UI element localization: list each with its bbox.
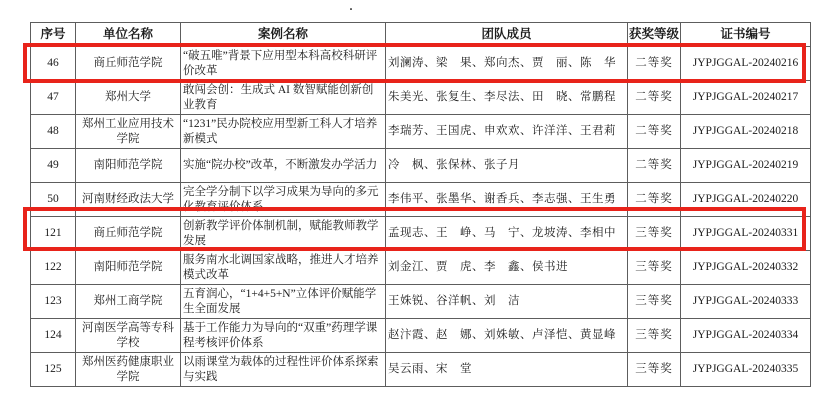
cell-serial-number: 50	[31, 183, 76, 217]
table-row: 49南阳师范学院实施“院办校”改革，不断激发办学活力冷 枫、张保林、张子月二等奖…	[31, 149, 811, 183]
cell-unit-name: 商丘师范学院	[76, 217, 181, 251]
table-row: 125郑州医药健康职业学院以雨课堂为载体的过程性评价体系探索与实践吴云雨、宋 堂…	[31, 353, 811, 387]
cell-case-name: “破五唯”背景下应用型本科高校科研评价改革	[181, 47, 386, 81]
table-row: 46商丘师范学院“破五唯”背景下应用型本科高校科研评价改革刘澜涛、梁 果、郑向杰…	[31, 47, 811, 81]
column-header-3: 团队成员	[386, 23, 628, 47]
cell-team-members: 吴云雨、宋 堂	[386, 353, 628, 387]
cell-serial-number: 48	[31, 115, 76, 149]
column-header-0: 序号	[31, 23, 76, 47]
column-header-4: 获奖等级	[628, 23, 681, 47]
table-row: 122南阳师范学院服务南水北调国家战略，推进人才培养模式改革刘金江、贾 虎、李 …	[31, 251, 811, 285]
cell-team-members: 王姝锐、谷洋帆、刘 洁	[386, 285, 628, 319]
cell-award-level: 三等奖	[628, 319, 681, 353]
cell-serial-number: 49	[31, 149, 76, 183]
cell-unit-name: 郑州工业应用技术学院	[76, 115, 181, 149]
cell-serial-number: 124	[31, 319, 76, 353]
scanned-award-table-page: · 序号单位名称案例名称团队成员获奖等级证书编号 46商丘师范学院“破五唯”背景…	[0, 0, 830, 393]
cell-team-members: 赵汴霞、赵 娜、刘姝敏、卢泽恺、黄显峰	[386, 319, 628, 353]
cell-case-name: 基于工作能力为导向的“双重”药理学课程考核评价体系	[181, 319, 386, 353]
cell-team-members: 孟现志、王 峥、马 宁、龙坡涛、李相中	[386, 217, 628, 251]
results-table-body: 46商丘师范学院“破五唯”背景下应用型本科高校科研评价改革刘澜涛、梁 果、郑向杰…	[31, 47, 811, 387]
cell-award-level: 二等奖	[628, 183, 681, 217]
column-header-5: 证书编号	[681, 23, 811, 47]
cell-cert-number: JYPJGGAL-20240335	[681, 353, 811, 387]
cell-cert-number: JYPJGGAL-20240331	[681, 217, 811, 251]
table-row: 47郑州大学敢闯会创：生成式 AI 数智赋能创新创业教育朱美光、张复生、李尽法、…	[31, 81, 811, 115]
cell-unit-name: 河南医学高等专科学校	[76, 319, 181, 353]
table-row: 123郑州工商学院五育润心，“1+4+5+N”立体评价赋能学生全面发展王姝锐、谷…	[31, 285, 811, 319]
cell-serial-number: 125	[31, 353, 76, 387]
cell-unit-name: 南阳师范学院	[76, 251, 181, 285]
cell-unit-name: 郑州工商学院	[76, 285, 181, 319]
cell-cert-number: JYPJGGAL-20240220	[681, 183, 811, 217]
cell-team-members: 李伟平、张墨华、谢香兵、李志强、王生勇	[386, 183, 628, 217]
table-row: 121商丘师范学院创新教学评价体制机制，赋能教师教学发展孟现志、王 峥、马 宁、…	[31, 217, 811, 251]
cell-cert-number: JYPJGGAL-20240333	[681, 285, 811, 319]
cell-award-level: 三等奖	[628, 217, 681, 251]
cell-unit-name: 郑州医药健康职业学院	[76, 353, 181, 387]
cell-team-members: 冷 枫、张保林、张子月	[386, 149, 628, 183]
column-header-2: 案例名称	[181, 23, 386, 47]
cell-case-name: 以雨课堂为载体的过程性评价体系探索与实践	[181, 353, 386, 387]
cell-case-name: 服务南水北调国家战略，推进人才培养模式改革	[181, 251, 386, 285]
cell-serial-number: 121	[31, 217, 76, 251]
cell-team-members: 李瑞芳、王国虎、申欢欢、许洋洋、王君莉	[386, 115, 628, 149]
cell-award-level: 二等奖	[628, 47, 681, 81]
cell-unit-name: 南阳师范学院	[76, 149, 181, 183]
cell-case-name: 五育润心，“1+4+5+N”立体评价赋能学生全面发展	[181, 285, 386, 319]
stray-dot-mark: ·	[349, 2, 353, 17]
cell-award-level: 三等奖	[628, 285, 681, 319]
cell-team-members: 刘澜涛、梁 果、郑向杰、贾 丽、陈 华	[386, 47, 628, 81]
cell-case-name: 实施“院办校”改革，不断激发办学活力	[181, 149, 386, 183]
cell-team-members: 朱美光、张复生、李尽法、田 晓、常鹏程	[386, 81, 628, 115]
cell-case-name: 完全学分制下以学习成果为导向的多元化教育评价体系	[181, 183, 386, 217]
cell-cert-number: JYPJGGAL-20240218	[681, 115, 811, 149]
cell-serial-number: 123	[31, 285, 76, 319]
cell-serial-number: 47	[31, 81, 76, 115]
cell-case-name: “1231”民办院校应用型新工科人才培养新模式	[181, 115, 386, 149]
table-row: 48郑州工业应用技术学院“1231”民办院校应用型新工科人才培养新模式李瑞芳、王…	[31, 115, 811, 149]
cell-award-level: 二等奖	[628, 81, 681, 115]
cell-cert-number: JYPJGGAL-20240332	[681, 251, 811, 285]
results-table-header-row: 序号单位名称案例名称团队成员获奖等级证书编号	[31, 23, 811, 47]
cell-case-name: 敢闯会创：生成式 AI 数智赋能创新创业教育	[181, 81, 386, 115]
table-row: 124河南医学高等专科学校基于工作能力为导向的“双重”药理学课程考核评价体系赵汴…	[31, 319, 811, 353]
column-header-1: 单位名称	[76, 23, 181, 47]
cell-case-name: 创新教学评价体制机制，赋能教师教学发展	[181, 217, 386, 251]
cell-unit-name: 郑州大学	[76, 81, 181, 115]
cell-cert-number: JYPJGGAL-20240216	[681, 47, 811, 81]
cell-unit-name: 河南财经政法大学	[76, 183, 181, 217]
cell-cert-number: JYPJGGAL-20240219	[681, 149, 811, 183]
cell-award-level: 二等奖	[628, 149, 681, 183]
cell-team-members: 刘金江、贾 虎、李 鑫、侯书进	[386, 251, 628, 285]
cell-award-level: 二等奖	[628, 115, 681, 149]
cell-award-level: 三等奖	[628, 353, 681, 387]
award-results-table: 序号单位名称案例名称团队成员获奖等级证书编号 46商丘师范学院“破五唯”背景下应…	[30, 22, 811, 387]
cell-serial-number: 122	[31, 251, 76, 285]
cell-cert-number: JYPJGGAL-20240334	[681, 319, 811, 353]
table-row: 50河南财经政法大学完全学分制下以学习成果为导向的多元化教育评价体系李伟平、张墨…	[31, 183, 811, 217]
cell-serial-number: 46	[31, 47, 76, 81]
cell-unit-name: 商丘师范学院	[76, 47, 181, 81]
cell-award-level: 三等奖	[628, 251, 681, 285]
cell-cert-number: JYPJGGAL-20240217	[681, 81, 811, 115]
